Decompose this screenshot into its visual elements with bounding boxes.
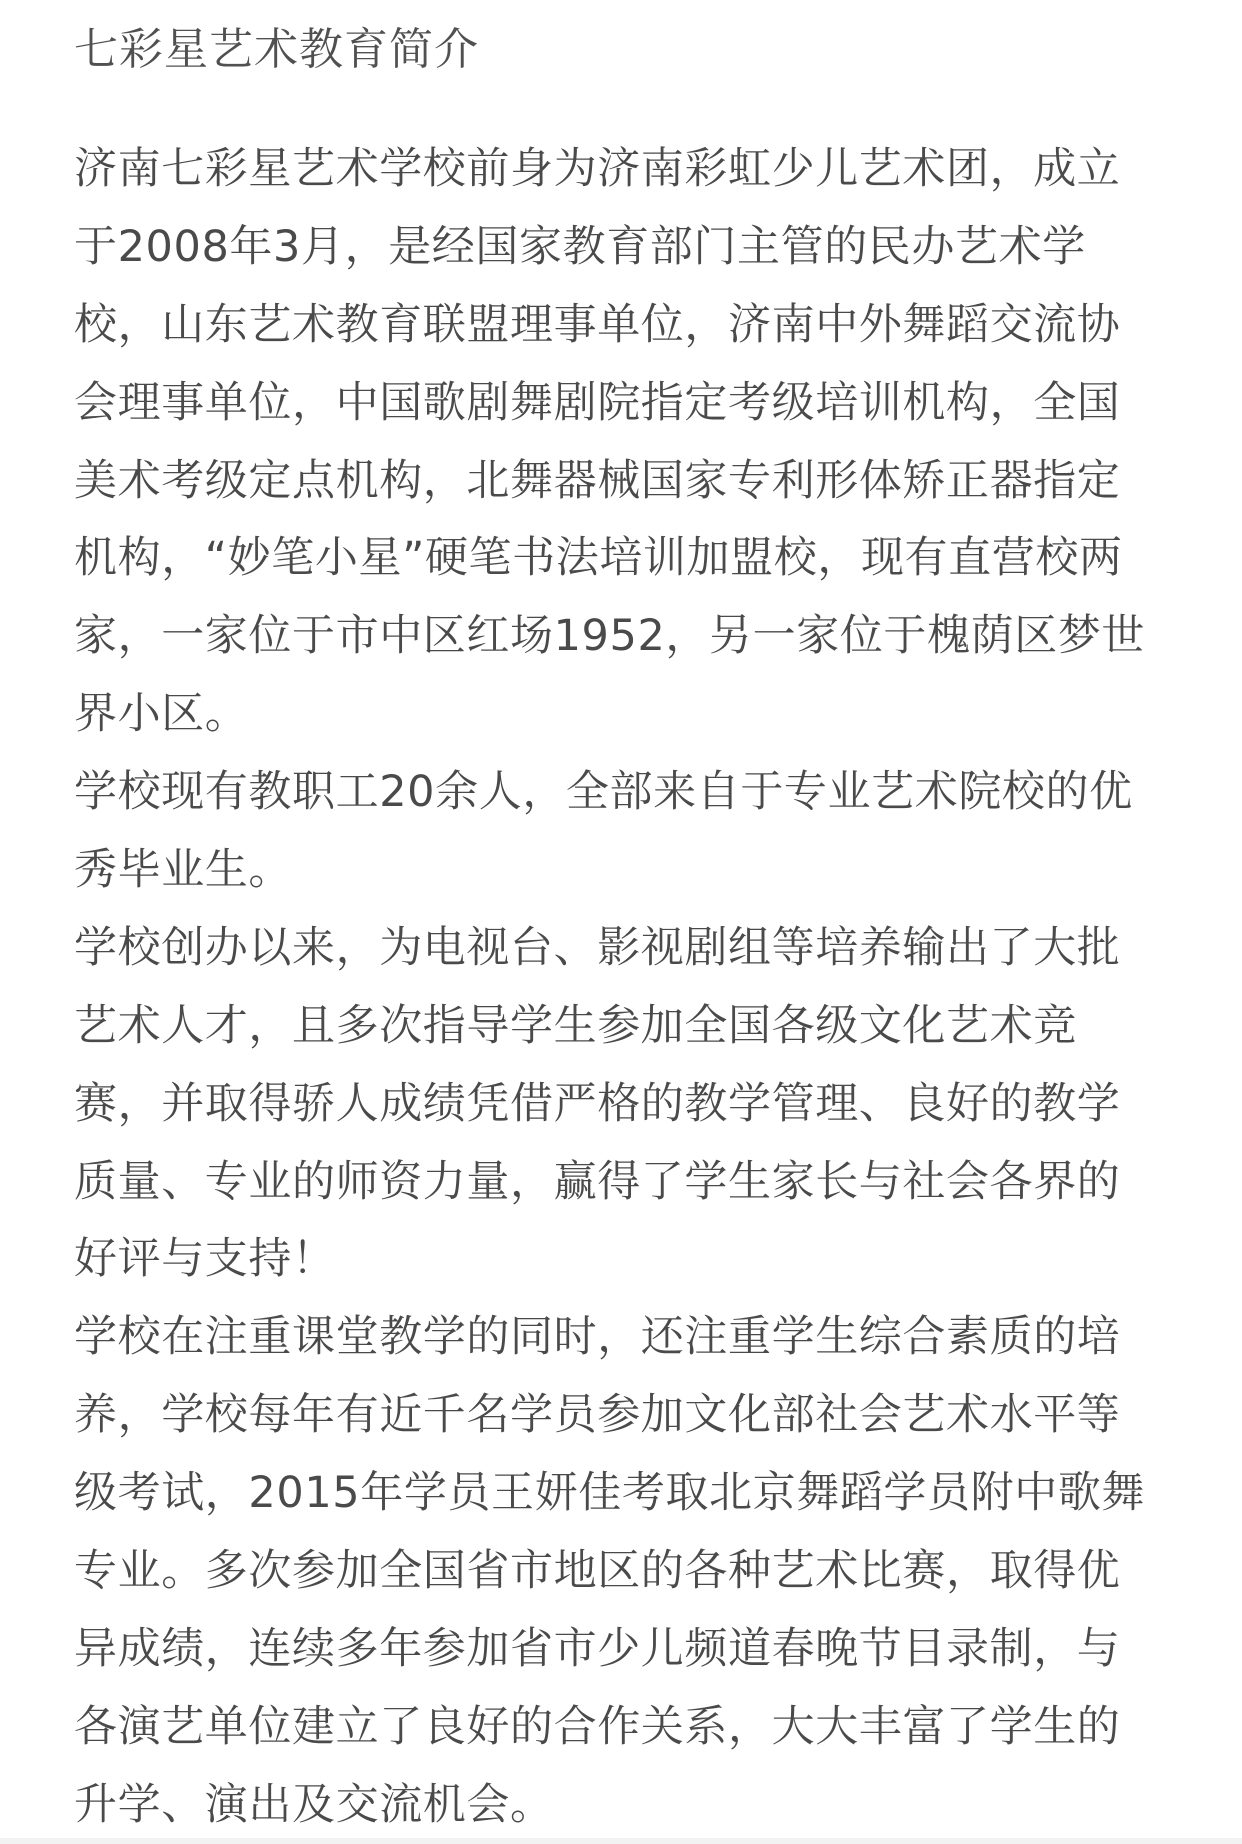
bottom-divider: [0, 1838, 1242, 1844]
article-body: 济南七彩星艺术学校前身为济南彩虹少儿艺术团，成立 于2008年3月，是经国家教育…: [74, 130, 1174, 1844]
text-line: 艺术人才，且多次指导学生参加全国各级文化艺术竞: [74, 987, 1174, 1065]
text-line: 升学、演出及交流机会。: [74, 1766, 1174, 1844]
text-line: 级考试，2015年学员王妍佳考取北京舞蹈学员附中歌舞: [74, 1454, 1174, 1532]
text-line: 家，一家位于市中区红场1952，另一家位于槐荫区梦世: [74, 597, 1174, 675]
text-line: 会理事单位，中国歌剧舞剧院指定考级培训机构，全国: [74, 364, 1174, 442]
text-line: 济南七彩星艺术学校前身为济南彩虹少儿艺术团，成立: [74, 130, 1174, 208]
text-line: 学校现有教职工20余人，全部来自于专业艺术院校的优: [74, 753, 1174, 831]
text-line: 各演艺单位建立了良好的合作关系，大大丰富了学生的: [74, 1688, 1174, 1766]
text-line: 专业。多次参加全国省市地区的各种艺术比赛，取得优: [74, 1532, 1174, 1610]
text-line: 界小区。: [74, 675, 1174, 753]
text-line: 美术考级定点机构，北舞器械国家专利形体矫正器指定: [74, 442, 1174, 520]
text-line: 于2008年3月，是经国家教育部门主管的民办艺术学: [74, 208, 1174, 286]
text-line: 质量、专业的师资力量，赢得了学生家长与社会各界的: [74, 1143, 1174, 1221]
text-line: 校，山东艺术教育联盟理事单位，济南中外舞蹈交流协: [74, 286, 1174, 364]
text-line: 赛，并取得骄人成绩凭借严格的教学管理、良好的教学: [74, 1065, 1174, 1143]
text-line: 好评与支持！: [74, 1220, 1174, 1298]
page-title: 七彩星艺术教育简介: [74, 22, 479, 78]
text-line: 异成绩，连续多年参加省市少儿频道春晚节目录制，与: [74, 1610, 1174, 1688]
text-line: 学校在注重课堂教学的同时，还注重学生综合素质的培: [74, 1298, 1174, 1376]
text-line: 机构，“妙笔小星”硬笔书法培训加盟校，现有直营校两: [74, 519, 1174, 597]
text-line: 秀毕业生。: [74, 831, 1174, 909]
text-line: 学校创办以来，为电视台、影视剧组等培养输出了大批: [74, 909, 1174, 987]
text-line: 养，学校每年有近千名学员参加文化部社会艺术水平等: [74, 1376, 1174, 1454]
